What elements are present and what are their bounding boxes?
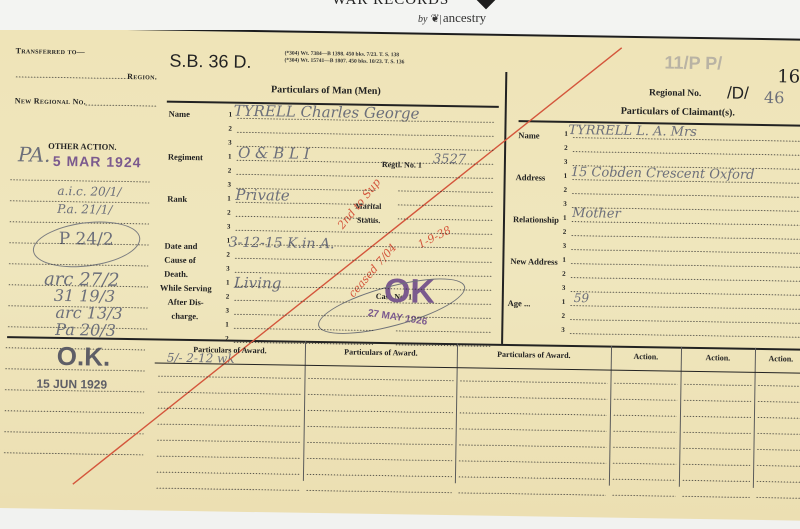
man-name-label: Name xyxy=(169,109,190,119)
award-row-line xyxy=(306,490,452,493)
line-number: 2 xyxy=(225,335,229,343)
section-claimant-title: Particulars of Claimant(s). xyxy=(621,106,735,119)
note-3: P 24/2 xyxy=(59,229,114,250)
award-row-line xyxy=(156,456,300,459)
line-number: 3 xyxy=(225,307,229,315)
after-dis-label-2: charge. xyxy=(171,311,198,321)
line-number: 2 xyxy=(563,228,567,236)
claimant-name-label: Name xyxy=(518,130,539,140)
award-row-line xyxy=(458,444,606,447)
award-col-header: Particulars of Award. xyxy=(305,347,457,358)
line-number: 2 xyxy=(226,293,230,301)
line-number: 3 xyxy=(563,242,567,250)
regional-no-hw-2: 46 xyxy=(764,88,785,107)
new-regional-no-label: New Regional No. xyxy=(15,96,86,106)
address-label: Address xyxy=(516,172,546,182)
line-number: 2 xyxy=(563,186,567,194)
line-number: 3 xyxy=(228,139,232,147)
award-row-line xyxy=(459,412,607,415)
rank-label: Rank xyxy=(167,194,187,204)
claimant-field-line xyxy=(571,221,800,226)
new-address-label: New Address xyxy=(510,256,557,267)
line-number: 1 xyxy=(564,130,568,138)
award-row-line xyxy=(459,428,607,431)
regiment-label: Regiment xyxy=(168,152,203,163)
claimant-field-line xyxy=(569,319,800,324)
claimant-field-line xyxy=(569,333,800,338)
award-row-line xyxy=(612,447,676,449)
line-number: 1 xyxy=(228,153,232,161)
line-number: 3 xyxy=(227,223,231,231)
line-number: 1 xyxy=(562,256,566,264)
award-col-divider xyxy=(609,346,612,486)
line-number: 1 xyxy=(227,195,231,203)
award-row-line xyxy=(157,392,301,395)
award-row-line xyxy=(613,383,677,385)
award-row-line xyxy=(307,410,453,413)
banner-title: WAR RECORDS xyxy=(332,0,449,9)
pa-handwriting: PA. xyxy=(18,142,51,167)
note-1: a.i.c. 20/1/ xyxy=(57,184,121,199)
line-number: 2 xyxy=(564,144,568,152)
new-regional-no-line xyxy=(85,104,157,106)
age-value[interactable]: 59 xyxy=(574,291,589,305)
claimant-field-line xyxy=(570,263,800,268)
man-field-line xyxy=(234,258,492,263)
date-cause-label-2: Cause of xyxy=(164,255,196,265)
award-row-line xyxy=(157,440,301,443)
ref-stamp: 11/P P/ xyxy=(664,52,722,74)
line-number: 2 xyxy=(227,209,231,217)
award-row-line xyxy=(459,380,607,383)
date-cause-label-1: Date and xyxy=(164,241,197,252)
award-row-line xyxy=(612,479,676,481)
award-row-line xyxy=(157,408,301,411)
section-man-title: Particulars of Man (Men) xyxy=(271,84,381,97)
award-row-line xyxy=(682,448,750,450)
award-col-divider xyxy=(753,348,756,488)
award-row-line xyxy=(613,415,677,417)
award-row-line xyxy=(458,476,606,479)
award-col-header: Action. xyxy=(681,353,755,363)
other-action-label: OTHER ACTION. xyxy=(48,141,117,152)
middle-divider xyxy=(501,72,507,344)
line-number: 3 xyxy=(226,265,230,273)
man-field-line-right xyxy=(397,190,493,193)
line-number: 3 xyxy=(564,158,568,166)
award-row-line xyxy=(307,378,453,381)
region-line xyxy=(15,76,127,79)
award-col-divider xyxy=(303,341,306,481)
award-row-line xyxy=(612,495,676,497)
man-field-line xyxy=(235,230,493,235)
award-col-divider xyxy=(679,347,682,487)
award-row-line xyxy=(757,401,800,403)
award-row-line xyxy=(757,417,800,419)
print-line-2: (*304) Wt. 15741—B 1807. 450 bks. 10/23.… xyxy=(284,57,404,66)
award-row-line xyxy=(756,449,800,451)
claimant-field-line xyxy=(570,277,800,282)
award-row-line xyxy=(156,472,300,475)
award-row-line xyxy=(683,432,751,434)
award-row-line xyxy=(757,385,800,387)
man-field-line-right xyxy=(395,344,491,347)
action-line-13 xyxy=(4,431,144,434)
action-line-11 xyxy=(4,389,144,392)
line-number: 1 xyxy=(226,279,230,287)
region-label: Region. xyxy=(127,72,157,81)
line-number: 2 xyxy=(226,251,230,259)
award-row-line xyxy=(683,400,751,402)
award-col-divider xyxy=(455,343,458,483)
man-field-line xyxy=(236,132,494,137)
man-field-line-right xyxy=(397,204,493,207)
line-number: 1 xyxy=(225,321,229,329)
man-field-line-right xyxy=(395,330,491,333)
line-number: 3 xyxy=(561,326,565,334)
man-field-line-right xyxy=(397,218,493,221)
line-number: 3 xyxy=(562,284,566,292)
award-row-line xyxy=(156,488,300,491)
banner-brand[interactable]: ancestry xyxy=(443,10,486,25)
line-number: 2 xyxy=(562,270,566,278)
award-row-line xyxy=(682,496,750,498)
claimant-field-line xyxy=(570,291,800,296)
award-header-rule xyxy=(155,362,800,373)
print-info: (*304) Wt. 7384—B 1398. 450 bks. 7/23. T… xyxy=(284,50,404,66)
claimant-field-line xyxy=(571,235,800,240)
ancestry-leaf-icon: ❦| xyxy=(430,13,441,25)
ok-stamp-left: O.K. xyxy=(57,341,111,373)
award-row-line xyxy=(756,465,800,467)
banner-byline: by❦|ancestry xyxy=(418,10,486,26)
claimant-field-line xyxy=(571,193,800,198)
award-row-line xyxy=(307,426,453,429)
award-col-header: Particulars of Award. xyxy=(457,349,611,360)
line-number: 1 xyxy=(564,172,568,180)
banner-by-label: by xyxy=(418,14,427,25)
award-row-line xyxy=(683,384,751,386)
line-number: 1 xyxy=(562,298,566,306)
award-row-line xyxy=(682,464,750,466)
award-row-line xyxy=(682,480,750,482)
award-row-line xyxy=(306,458,452,461)
after-dis-label-1: After Dis- xyxy=(168,297,204,308)
claimant-field-line xyxy=(571,249,800,254)
regional-no-value: /D/ xyxy=(727,83,749,103)
award-row-line xyxy=(306,442,452,445)
award-row-line xyxy=(307,394,453,397)
award-row-line xyxy=(459,396,607,399)
line-number: 3 xyxy=(227,181,231,189)
award-row-line xyxy=(756,497,800,499)
line-number: 2 xyxy=(228,167,232,175)
line-number: 2 xyxy=(228,125,232,133)
award-row-line xyxy=(756,481,800,483)
pension-record-card: Transferred to— Region. New Regional No.… xyxy=(0,26,800,521)
award-row-line xyxy=(158,376,302,379)
action-line-1 xyxy=(10,179,150,182)
award-row-line xyxy=(612,463,676,465)
award-col-header: Action. xyxy=(755,354,800,364)
line-number: 1 xyxy=(227,237,231,245)
action-line-14 xyxy=(3,452,143,455)
regional-no-label: Regional No. xyxy=(649,88,701,99)
ancestry-banner: WAR RECORDS by❦|ancestry xyxy=(0,0,800,30)
award-row-line xyxy=(458,460,606,463)
banner-diamond-icon xyxy=(475,0,498,9)
award-row-line xyxy=(458,492,606,495)
transferred-to-label: Transferred to— xyxy=(16,46,86,56)
regional-no-hw-1: 16 xyxy=(777,66,800,87)
claimant-field-line xyxy=(570,305,800,310)
action-line-12 xyxy=(4,410,144,413)
while-serving-label: While Serving xyxy=(160,283,212,294)
relationship-label: Relationship xyxy=(513,214,559,225)
man-field-line xyxy=(236,174,494,179)
award-row-line xyxy=(306,474,452,477)
line-number: 1 xyxy=(563,214,567,222)
line-number: 1 xyxy=(229,111,233,119)
claimant-field-line xyxy=(572,151,800,156)
award-col-header: Action. xyxy=(611,352,681,362)
regtl-no-value[interactable]: 3527 xyxy=(433,152,466,168)
award-row-line xyxy=(683,416,751,418)
award-row-line xyxy=(613,399,677,401)
award-row-line xyxy=(757,433,800,435)
age-label: Age ... xyxy=(508,298,531,308)
date-cause-label-3: Death. xyxy=(164,269,188,279)
award-row-line xyxy=(157,424,301,427)
form-code: S.B. 36 D. xyxy=(169,51,251,73)
award-row-line xyxy=(613,431,677,433)
date-stamp-1924: 5 MAR 1924 xyxy=(53,153,142,170)
line-number: 2 xyxy=(561,312,565,320)
line-number: 3 xyxy=(563,200,567,208)
note-2: P.a. 21/1/ xyxy=(57,202,112,217)
while-serving-value[interactable]: Living xyxy=(234,274,282,293)
